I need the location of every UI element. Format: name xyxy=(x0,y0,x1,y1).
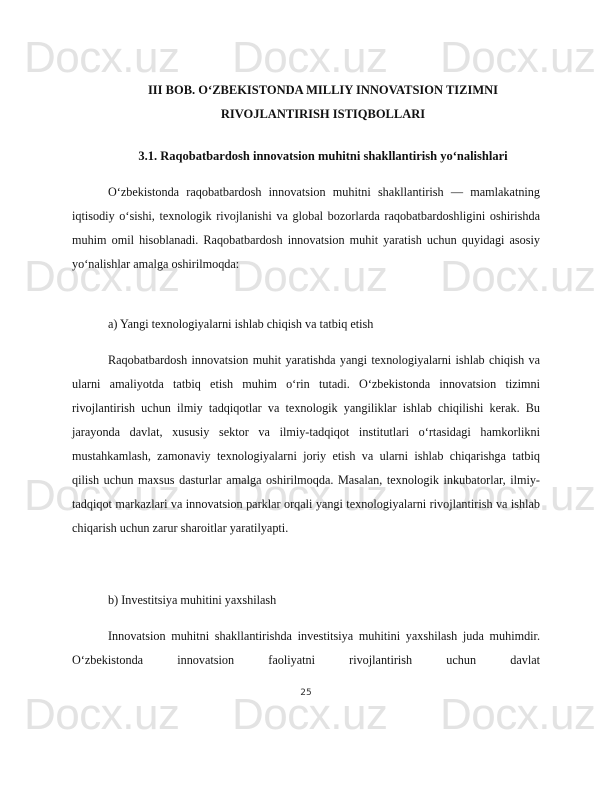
chapter-title-line1: III BOB. O‘ZBEKISTONDA MILLIY INNOVATSIO… xyxy=(106,78,540,102)
watermark: Docx.uz xyxy=(24,693,179,737)
list-heading-b: b) Investitsiya muhitini yaxshilash xyxy=(108,588,276,612)
page-number: 25 xyxy=(0,688,612,698)
document-page: Docx.uz Docx.uz Docx.uz Docx.uz Docx.uz … xyxy=(0,0,612,792)
list-heading-a: a) Yangi texnologiyalarni ishlab chiqish… xyxy=(108,312,373,336)
paragraph-investment: Innovatsion muhitni shakllantirishda inv… xyxy=(72,624,540,672)
chapter-title: III BOB. O‘ZBEKISTONDA MILLIY INNOVATSIO… xyxy=(72,78,540,126)
paragraph-intro: O‘zbekistonda raqobatbardosh innovatsion… xyxy=(72,180,540,276)
chapter-title-line2: RIVOJLANTIRISH ISTIQBOLLARI xyxy=(106,102,540,126)
watermark: Docx.uz xyxy=(440,36,595,80)
watermark: Docx.uz xyxy=(232,36,387,80)
watermark: Docx.uz xyxy=(440,693,595,737)
paragraph-technologies: Raqobatbardosh innovatsion muhit yaratis… xyxy=(72,348,540,540)
watermark: Docx.uz xyxy=(232,693,387,737)
watermark: Docx.uz xyxy=(24,36,179,80)
section-title: 3.1. Raqobatbardosh innovatsion muhitni … xyxy=(72,144,540,168)
